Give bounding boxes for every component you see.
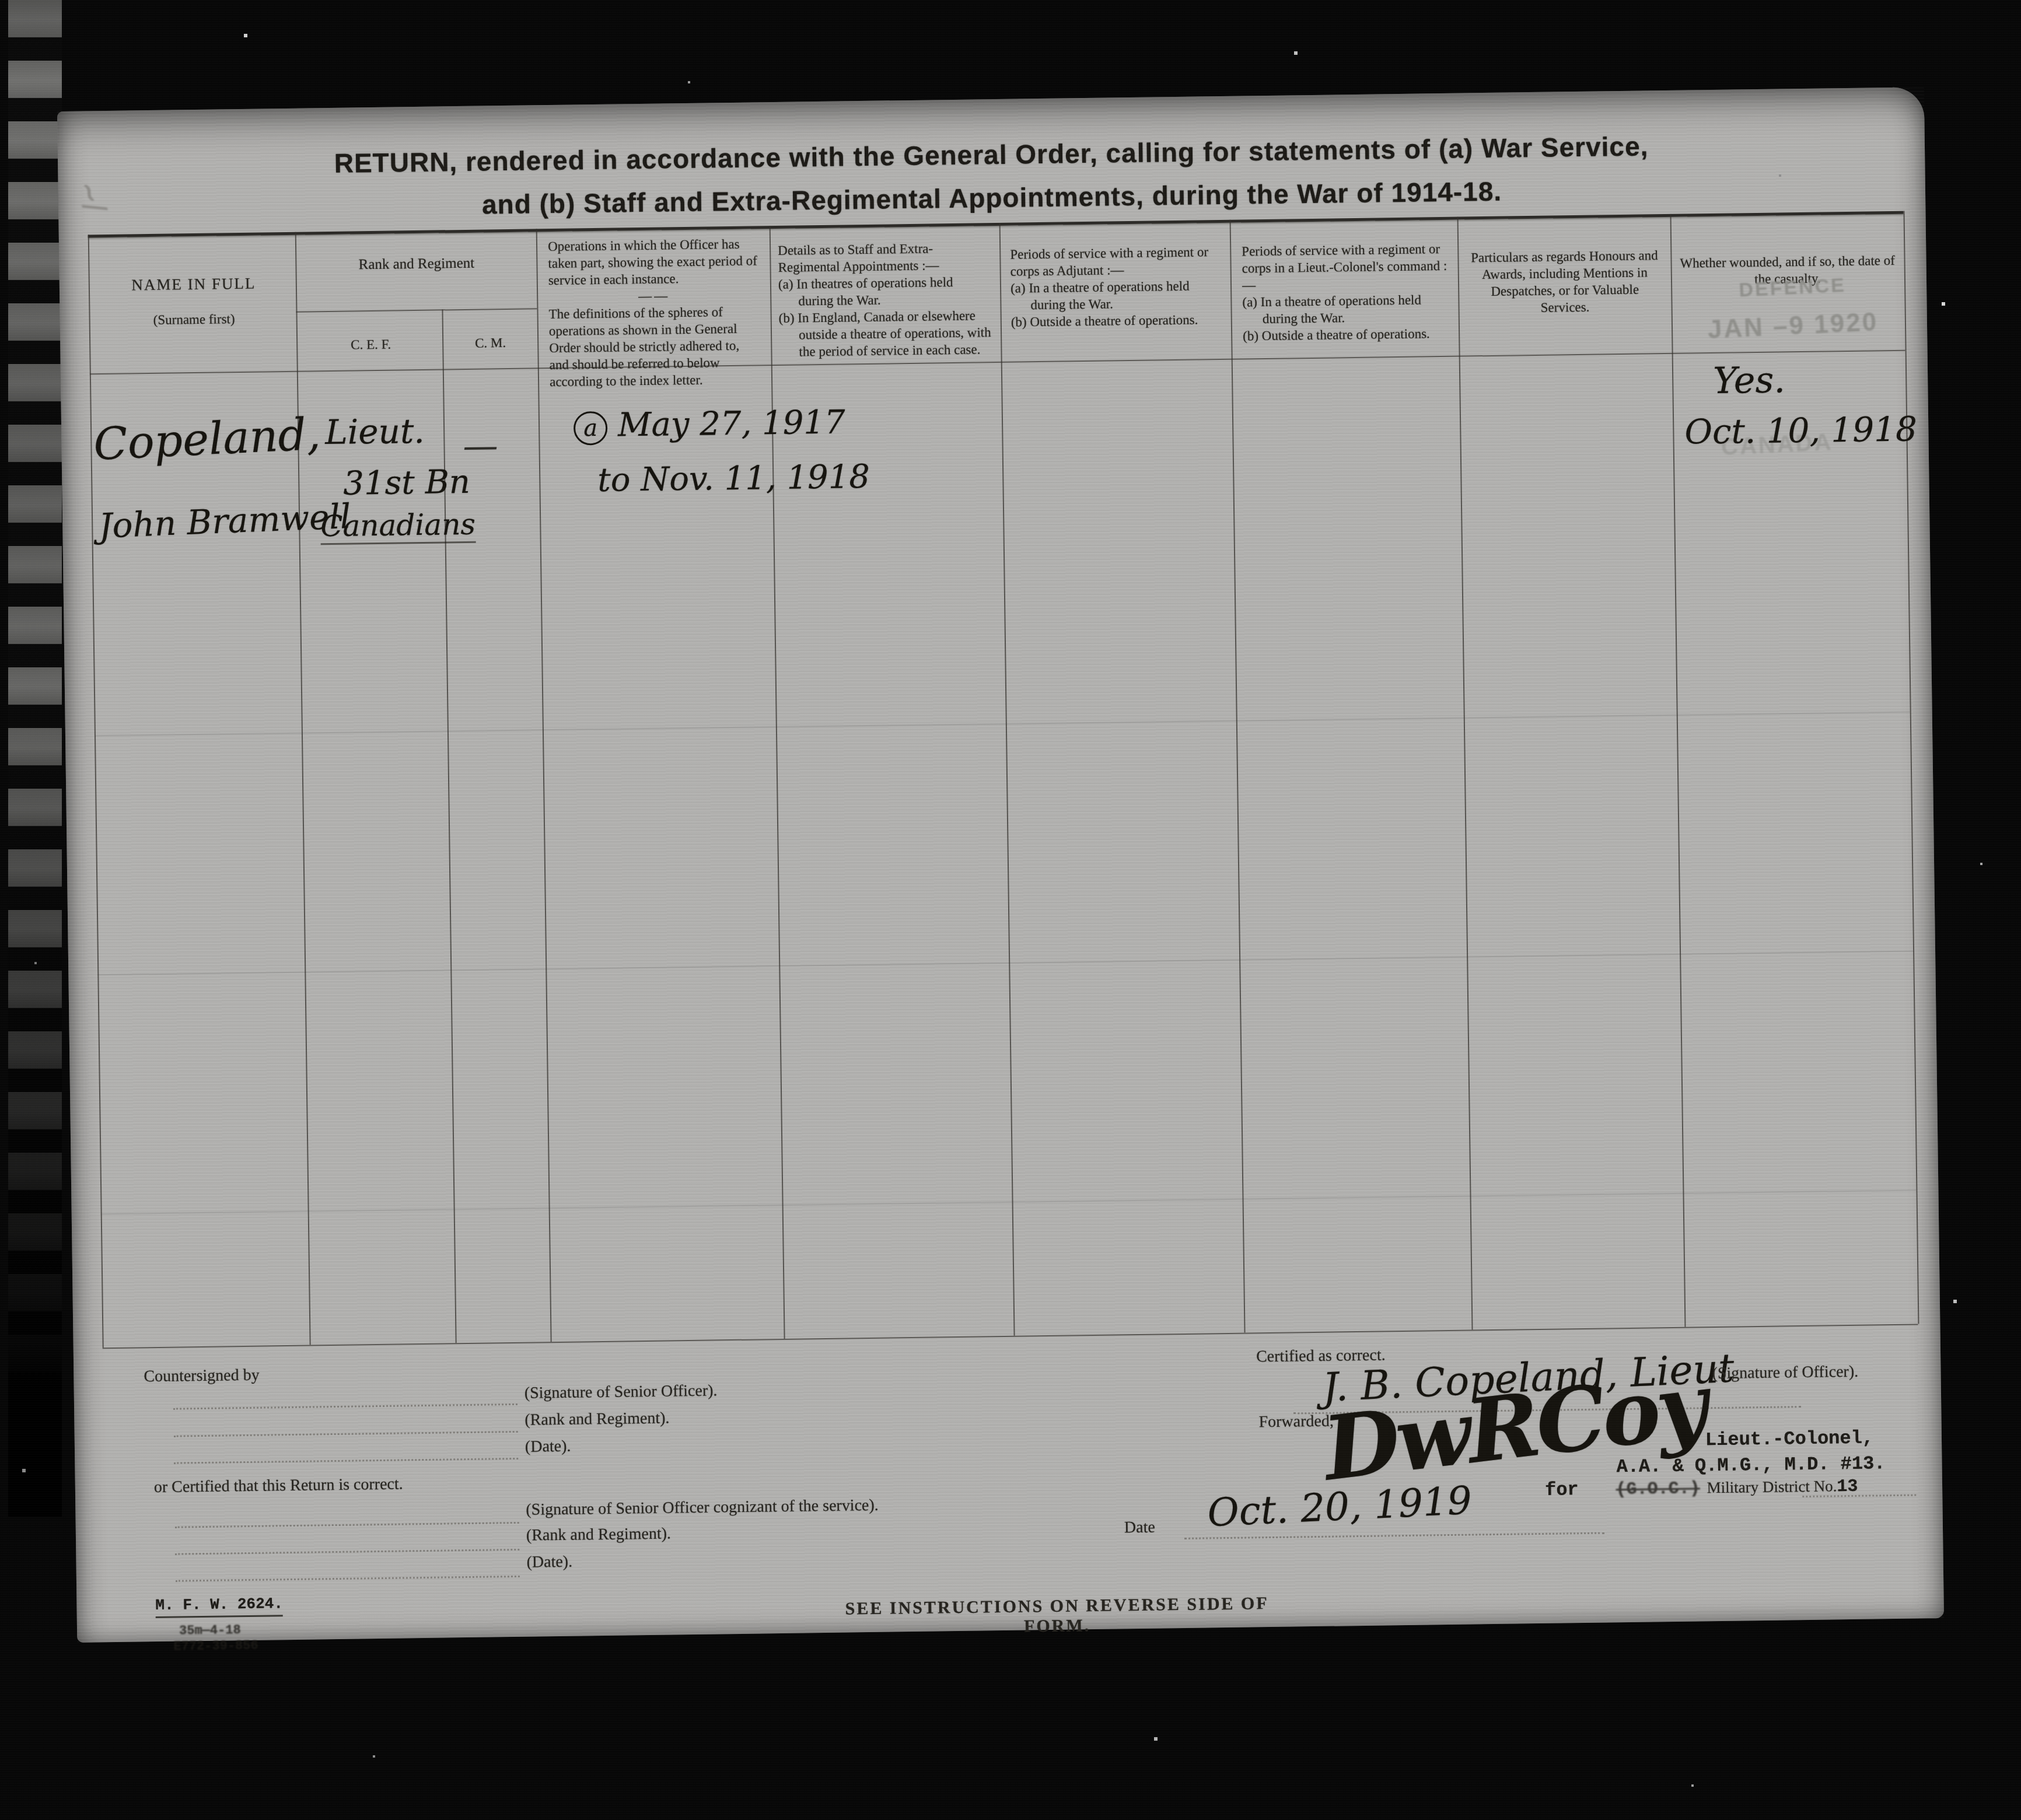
column-line-4 xyxy=(999,223,1015,1336)
rank-regiment-label-2: (Rank and Regiment). xyxy=(526,1524,671,1545)
certify-line-3 xyxy=(176,1576,520,1582)
received-stamp-date: JAN –9 1920 xyxy=(1681,306,1904,346)
column-line-5 xyxy=(1230,220,1246,1333)
header-surname-first: (Surname first) xyxy=(95,310,293,329)
signature-of-officer-label: (Signature of Officer). xyxy=(1712,1363,1858,1383)
document-page: ~/ RETURN, rendered in accordance with t… xyxy=(57,87,1944,1643)
header-operations-p2: The definitions of the spheres of operat… xyxy=(548,303,761,390)
header-staff-b: (b) In England, Canada or elsewhere outs… xyxy=(779,307,992,360)
entry-rank: Lieut. xyxy=(325,411,425,452)
film-scan-background: ~/ RETURN, rendered in accordance with t… xyxy=(0,0,2021,1820)
header-staff-head: Details as to Staff and Extra-Regimental… xyxy=(778,239,991,276)
column-line-1 xyxy=(295,232,311,1345)
header-name-in-full: NAME IN FULL xyxy=(95,275,293,294)
header-cef: C. E. F. xyxy=(302,335,439,354)
military-district-number: 13 xyxy=(1837,1477,1858,1497)
header-operations-p1: Operations in which the Officer has take… xyxy=(548,235,760,289)
for-label: for xyxy=(1545,1479,1579,1501)
column-line-7 xyxy=(1670,214,1686,1327)
header-rank-and-regiment: Rank and Regiment xyxy=(301,254,532,274)
rank-regiment-label-1: (Rank and Regiment). xyxy=(525,1409,669,1430)
entry-operations-line1: aMay 27, 1917 xyxy=(574,403,845,445)
entry-unit2: Canadians xyxy=(320,508,476,545)
table-left-border xyxy=(88,235,104,1347)
countersign-line-1 xyxy=(173,1403,518,1410)
date-label: Date xyxy=(1124,1518,1155,1538)
table-right-border xyxy=(1903,211,1919,1324)
rank-subheader-divider xyxy=(296,308,537,312)
form-number: M. F. W. 2624. xyxy=(155,1595,283,1618)
dust-specks xyxy=(0,0,1,1)
see-instructions-note: SEE INSTRUCTIONS ON REVERSE SIDE OF FORM… xyxy=(823,1594,1291,1639)
or-certified-label: or Certified that this Return is correct… xyxy=(154,1475,403,1497)
sig-cognizant-label: (Signature of Senior Officer cognizant o… xyxy=(526,1496,879,1520)
column-line-3 xyxy=(770,226,785,1339)
entry-wounded-yes: Yes. xyxy=(1713,358,1786,402)
certify-line-2 xyxy=(175,1549,519,1555)
countersign-line-2 xyxy=(174,1431,518,1437)
countersigned-by-label: Countersigned by xyxy=(144,1366,260,1387)
header-ltcol: Periods of service with a regiment or co… xyxy=(1242,240,1450,345)
entry-index-letter: a xyxy=(574,411,608,445)
header-cm: C. M. xyxy=(445,334,536,352)
header-staff-a: (a) In theatres of operations held durin… xyxy=(778,273,991,310)
entry-cm-dash: — xyxy=(463,425,498,467)
typed-appointment: A.A. & Q.M.G., M.D. #13. xyxy=(1616,1452,1885,1478)
print-code: E772-39-856 xyxy=(173,1639,258,1654)
entry-operations-dates1: May 27, 1917 xyxy=(618,403,845,444)
header-operations-divider: —— xyxy=(548,286,760,306)
film-strip-shading xyxy=(8,0,62,1517)
header-adjutant-a: (a) In a theatre of operations held duri… xyxy=(1010,277,1222,314)
header-adjutant: Periods of service with a regiment or co… xyxy=(1010,243,1222,331)
header-adjutant-head: Periods of service with a regiment or co… xyxy=(1010,243,1222,280)
military-district-label: Military District No. xyxy=(1707,1477,1837,1496)
header-ltcol-a: (a) In a theatre of operations held duri… xyxy=(1242,291,1450,328)
certify-line-1 xyxy=(175,1522,519,1528)
crease-line-2 xyxy=(97,951,1913,976)
typed-rank: Lieut.-Colonel, xyxy=(1705,1427,1874,1451)
header-staff: Details as to Staff and Extra-Regimental… xyxy=(778,239,992,360)
sig-senior-officer-label: (Signature of Senior Officer). xyxy=(525,1381,718,1402)
header-bottom-border xyxy=(90,350,1905,375)
entry-surname: Copeland, xyxy=(92,407,321,470)
date-label-1: (Date). xyxy=(525,1437,571,1457)
date-value: Oct. 20, 1919 xyxy=(1207,1478,1473,1536)
countersign-line-3 xyxy=(174,1458,518,1464)
goc-overstruck: (G.O.C.) xyxy=(1616,1479,1700,1500)
entry-operations-line2: to Nov. 11, 1918 xyxy=(597,458,870,499)
header-operations: Operations in which the Officer has take… xyxy=(548,235,761,390)
date-label-2: (Date). xyxy=(526,1553,572,1572)
header-ltcol-b: (b) Outside a theatre of operations. xyxy=(1243,325,1450,345)
print-run: 35m—4-18 xyxy=(179,1623,241,1638)
header-honours: Particulars as regards Honours and Award… xyxy=(1466,247,1663,317)
column-line-6 xyxy=(1457,217,1473,1330)
header-adjutant-b: (b) Outside a theatre of operations. xyxy=(1011,311,1222,331)
crease-line-1 xyxy=(95,712,1910,737)
entry-given-names: John Bramwell xyxy=(98,496,352,546)
entry-wounded-date: Oct. 10, 1918 xyxy=(1684,409,1917,452)
table-bottom-border xyxy=(103,1324,1918,1349)
crease-line-3 xyxy=(101,1190,1917,1215)
header-ltcol-head: Periods of service with a regiment or co… xyxy=(1242,240,1450,294)
column-line-2 xyxy=(536,229,552,1342)
entry-unit: 31st Bn xyxy=(343,463,470,503)
